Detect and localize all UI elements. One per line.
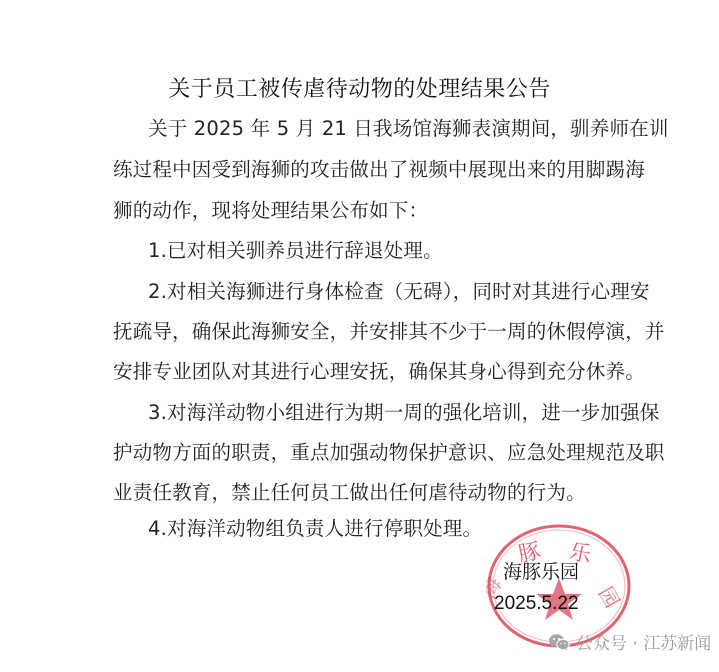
item-3-line-2: 护动物方面的职责，重点加强动物保护意识、应急处理规范及职: [113, 437, 665, 465]
document-title: 关于员工被传虐待动物的处理结果公告: [0, 72, 719, 103]
watermark-text: 公众号 · 江苏新闻: [576, 629, 711, 654]
wechat-watermark: 公众号 · 江苏新闻: [548, 629, 711, 654]
signature-organization: 海豚乐园: [503, 557, 579, 584]
signature-date: 2025.5.22: [494, 593, 579, 615]
item-2-line-1: 2.对相关海狮进行身体检查（无碍），同时对其进行心理安: [148, 276, 650, 304]
item-4-line-1: 4.对海洋动物组负责人进行停职处理。: [148, 513, 482, 541]
item-2-line-2: 抚疏导，确保此海狮安全，并安排其不少于一周的休假停演，并: [113, 316, 665, 344]
paragraph-intro-line-2: 练过程中因受到海狮的攻击做出了视频中展现出来的用脚踢海: [113, 154, 645, 182]
item-1-line-1: 1.已对相关驯养员进行辞退处理。: [148, 235, 443, 263]
paragraph-intro-line-1: 关于 2025 年 5 月 21 日我场馆海狮表演期间，驯养师在训: [148, 113, 669, 141]
paragraph-intro-line-3: 狮的动作，现将处理结果公布如下：: [113, 195, 428, 223]
wechat-icon: [548, 633, 570, 651]
item-2-line-3: 安排专业团队对其进行心理安抚，确保其身心得到充分休养。: [113, 356, 645, 384]
announcement-document: 关于员工被传虐待动物的处理结果公告 关于 2025 年 5 月 21 日我场馆海…: [0, 0, 719, 672]
item-3-line-1: 3.对海洋动物小组进行为期一周的强化培训，进一步加强保: [148, 397, 660, 425]
item-3-line-3: 业责任教育，禁止任何员工做出任何虐待动物的行为。: [113, 477, 586, 505]
